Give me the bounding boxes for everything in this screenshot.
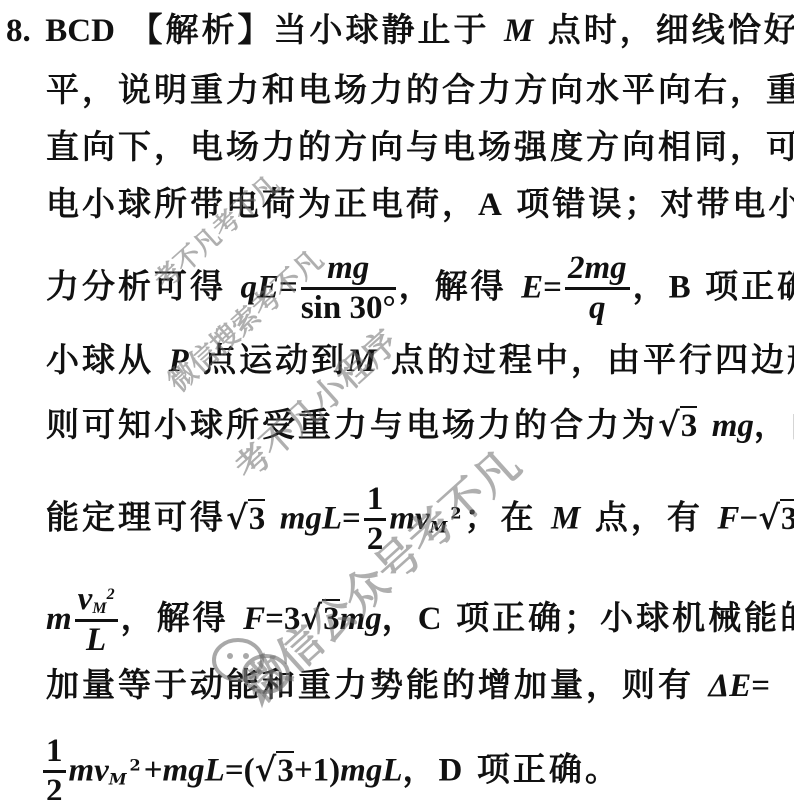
text: ， [633,267,669,306]
var-mgL: mgL [340,753,402,789]
numerator: 2mg [565,252,630,290]
text-line-9: mvM2L，解得 F=3√3mg，C 项正确；小球机械能的增 [46,583,794,657]
option-A: A [478,187,502,223]
fraction-one-half: 12 [43,735,66,800]
var-M: M [551,501,580,537]
superscript-2: 2 [130,756,144,775]
text: 项正确；小球机械能的增 [456,598,794,637]
text-line-8: 能定理可得√3 mgL=12mvM2；在 M 点，有 F−√3 mg= [46,483,794,556]
analysis-label: 【解析】 [129,10,273,49]
option-B: B [669,270,691,306]
fraction-2mg-over-q: 2mgq [565,252,630,325]
sqrt-3: √3 [255,750,294,789]
text: ，解得 [399,267,507,306]
text-line-10: 加量等于动能和重力势能的增加量，则有 ΔE= [46,665,770,706]
var-mg: mg [712,408,754,444]
text: 直向下，电场力的方向与电场强度方向相同，可知带 [46,127,794,166]
text: 力分析可得 [46,267,226,306]
text: 点时，细线恰好水 [548,10,794,49]
equals: = [225,753,244,789]
text-line-2: 平，说明重力和电场力的合力方向水平向右，重力竖 [46,70,794,110]
var-mgL: mgL [280,501,342,537]
text: ；在 [465,498,537,537]
sqrt-3: √3 [300,598,339,637]
radicand: 3 [780,499,794,537]
text: ， [382,598,418,637]
paren-close: ) [329,753,340,789]
radicand: 3 [680,406,698,444]
text: 当小球静止于 [273,10,489,49]
numerator: 1 [364,483,387,521]
coefficient: 3 [284,601,301,637]
denominator: 2 [364,521,387,556]
text: 能定理可得 [46,498,226,537]
text: 项错误；对带电小球受 [516,184,794,223]
var-mv: mv [389,501,429,537]
text: 点，有 [595,498,703,537]
var-M: M [504,13,533,49]
var-P: P [169,343,189,379]
var-E: E [521,270,543,306]
var-F: F [717,501,739,537]
question-number: 8. [6,13,31,49]
subscript-M: M [92,600,106,617]
text: 点的过程中，由平行四边形定 [391,340,794,379]
var-mv: mv [69,753,109,789]
document-page: 8. BCD 【解析】当小球静止于 M 点时，细线恰好水 平，说明重力和电场力的… [0,0,794,800]
denominator: 2 [43,773,66,800]
option-D: D [438,753,462,789]
text: 电小球所带电荷为正电荷， [46,184,478,223]
fraction-one-half: 12 [364,483,387,556]
sqrt-3: √3 [226,498,265,537]
denominator: L [75,622,118,657]
subscript-M: M [109,770,130,789]
var-M: M [347,343,376,379]
paren-open: ( [244,753,255,789]
radicand: 3 [322,599,340,637]
text: ， [402,750,438,789]
subscript-M: M [430,518,451,537]
answer-key: BCD [45,13,115,49]
text: 项正确。 [477,750,621,789]
text-line-11: 12mvM2+mgL=(√3+1)mgL，D 项正确。 [40,735,621,800]
var-delta-E: ΔE [709,668,752,704]
equals: = [543,270,562,306]
var-mgL: mgL [163,753,225,789]
var-v: v [78,581,93,617]
plus: + [144,753,163,789]
equals: = [342,501,361,537]
text-line-3: 直向下，电场力的方向与电场强度方向相同，可知带 [46,127,794,167]
text-line-4: 电小球所带电荷为正电荷，A 项错误；对带电小球受 [46,184,794,225]
var-mg: mg [340,601,382,637]
fraction-v2-over-L: vM2L [75,583,118,657]
text-line-1: 8. BCD 【解析】当小球静止于 M 点时，细线恰好水 [6,10,794,51]
text: 小球从 [46,340,154,379]
text-line-7: 则可知小球所受重力与电场力的合力为√3 mg，由动 [46,405,794,446]
minus: − [739,501,758,537]
text: ，解得 [121,598,229,637]
text: 加量等于动能和重力势能的增加量，则有 [46,665,694,704]
radicand: 3 [276,751,294,789]
fraction-mg-over-sin30: mgsin 30° [301,252,396,325]
text-line-5: 力分析可得 qE=mgsin 30°，解得 E=2mgq，B 项正确； [46,252,794,325]
numerator: mg [301,252,396,290]
text: 平，说明重力和电场力的合力方向水平向右，重力竖 [46,70,794,109]
equals: = [265,601,284,637]
sqrt-3: √3 [658,405,697,444]
equals: = [751,668,770,704]
var-qE: qE [241,270,280,306]
text-line-6: 小球从 P 点运动到M 点的过程中，由平行四边形定 [46,340,794,381]
sqrt-3: √3 [758,498,794,537]
superscript-2: 2 [107,586,115,603]
var-m: m [46,601,72,637]
radicand: 3 [248,499,266,537]
text: 项正确； [705,267,794,306]
denominator: q [565,290,630,325]
plus-one: +1 [294,753,329,789]
denominator: sin 30° [301,290,396,325]
text: 点运动到 [203,340,347,379]
var-F: F [243,601,265,637]
superscript-2: 2 [450,504,464,523]
equals: = [279,270,298,306]
numerator: 1 [43,735,66,773]
text: ，由动 [754,405,794,444]
text: 则可知小球所受重力与电场力的合力为 [46,405,658,444]
numerator: vM2 [75,583,118,622]
option-C: C [418,601,442,637]
